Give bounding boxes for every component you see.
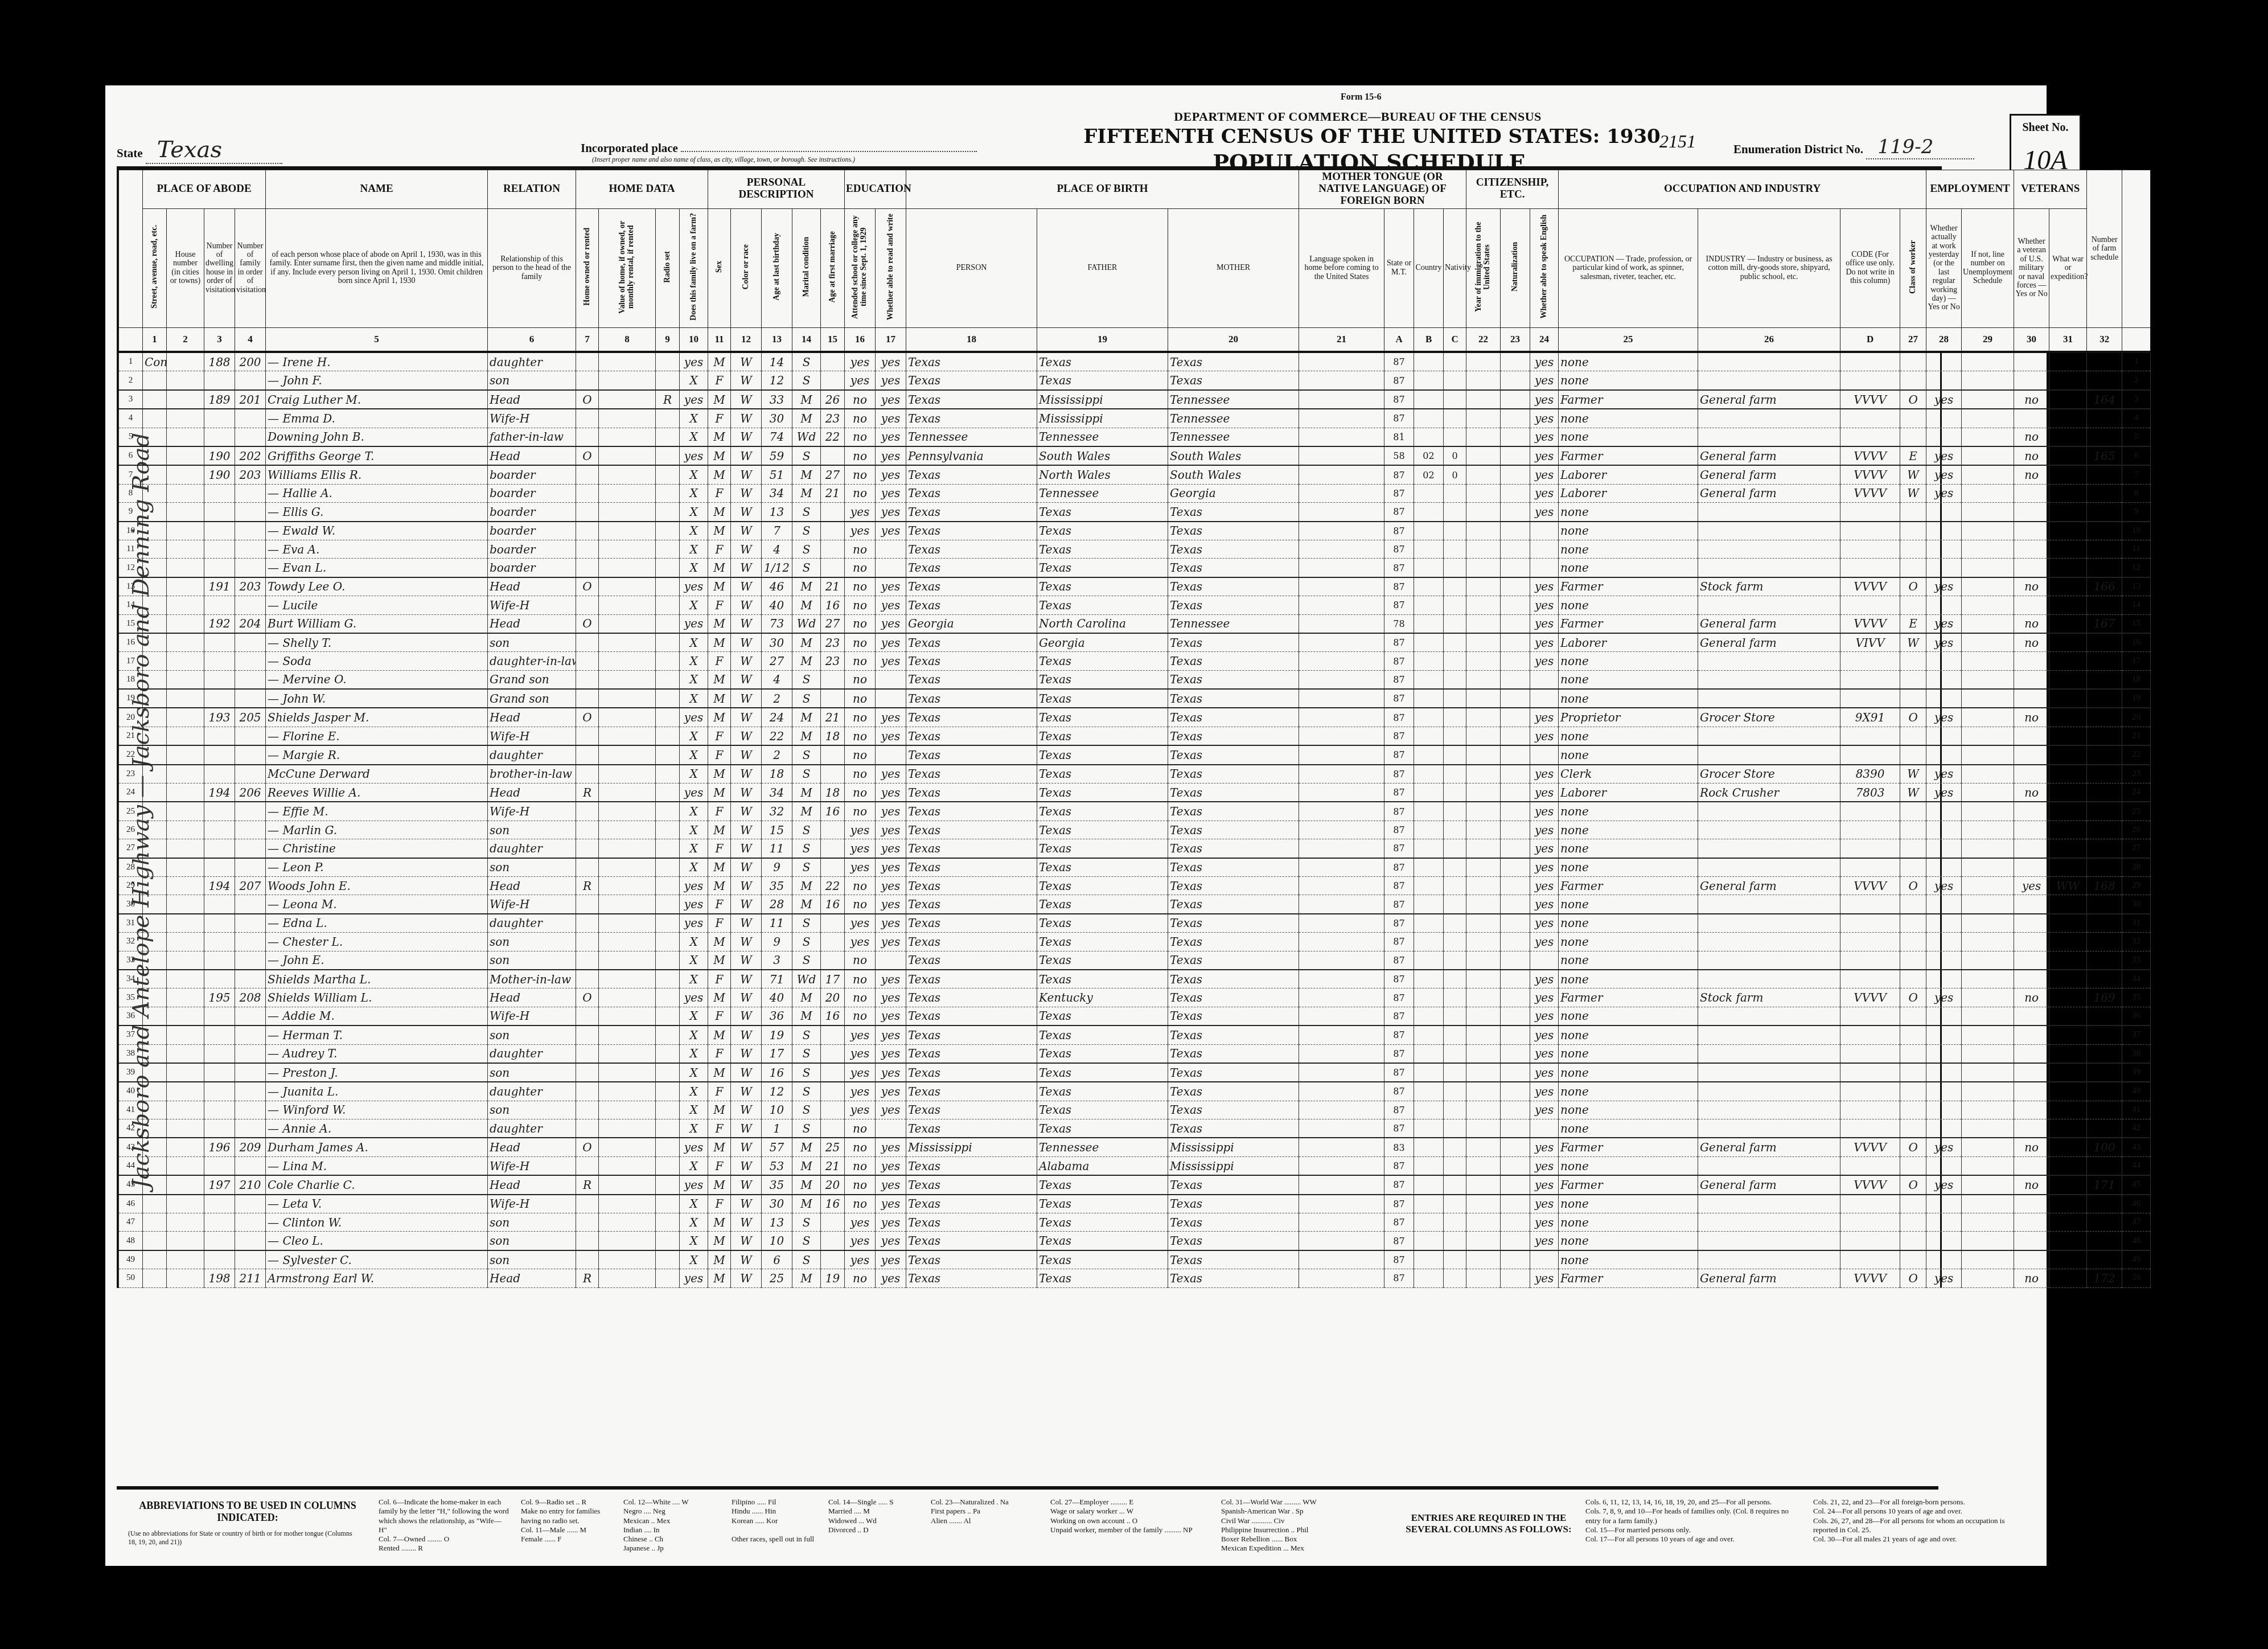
unemp xyxy=(1962,689,2014,708)
at-work: yes xyxy=(1926,465,1962,484)
imm xyxy=(1466,1156,1501,1175)
occupation: none xyxy=(1559,371,1698,390)
home-value xyxy=(599,577,656,596)
entries-required-1: Cols. 6, 11, 12, 13, 14, 16, 18, 19, 20,… xyxy=(1585,1498,1802,1544)
occupation: none xyxy=(1559,409,1698,428)
line-number: 23 xyxy=(2122,765,2151,784)
line-number: 35 xyxy=(119,988,143,1007)
occupation: none xyxy=(1559,1101,1698,1119)
code-b xyxy=(1414,352,1444,371)
family-number: 200 xyxy=(235,352,266,371)
race: W xyxy=(731,895,762,914)
occupation: Farmer xyxy=(1559,577,1698,596)
birthplace-father: Texas xyxy=(1037,1269,1168,1287)
sex: M xyxy=(708,988,731,1007)
relationship: Head xyxy=(488,784,576,802)
street xyxy=(143,1063,167,1082)
marital-status: S xyxy=(792,858,821,877)
class-of-worker: O xyxy=(1900,1269,1926,1287)
age-first-marriage: 23 xyxy=(821,409,845,428)
naturalization-col-header: Naturalization xyxy=(1501,208,1530,327)
line-number: 32 xyxy=(119,933,143,951)
age: 22 xyxy=(762,727,792,745)
table-row: 6190202Griffiths George T.HeadOyesMW59Sn… xyxy=(119,446,2151,465)
person-name: — Winford W. xyxy=(266,1101,488,1119)
birthplace-mother: Tennessee xyxy=(1168,428,1299,446)
industry xyxy=(1698,371,1840,390)
home-value xyxy=(599,1250,656,1269)
relationship: Wife-H xyxy=(488,1007,576,1026)
family-number xyxy=(235,951,266,970)
attended-school: no xyxy=(845,988,876,1007)
code-c xyxy=(1444,409,1466,428)
relationship: boarder xyxy=(488,484,576,502)
house xyxy=(167,765,204,784)
occupation-code xyxy=(1840,1044,1900,1063)
class-of-worker xyxy=(1900,371,1926,390)
house xyxy=(167,951,204,970)
unemp xyxy=(1962,559,2014,577)
code-c xyxy=(1444,745,1466,764)
age: 2 xyxy=(762,745,792,764)
attended-school: yes xyxy=(845,839,876,858)
war xyxy=(2049,914,2087,933)
speaks-english xyxy=(1530,745,1559,764)
code-c xyxy=(1444,877,1466,895)
sex: F xyxy=(708,1119,731,1138)
marital-col-header: Marital condition xyxy=(792,208,821,327)
imm xyxy=(1466,352,1501,371)
attended-school: yes xyxy=(845,1044,876,1063)
industry xyxy=(1698,596,1840,614)
family-number xyxy=(235,1232,266,1250)
sex: F xyxy=(708,1156,731,1175)
code-b: 02 xyxy=(1414,446,1444,465)
class-of-worker xyxy=(1900,652,1926,670)
column-number: 12 xyxy=(731,328,762,352)
industry: General farm xyxy=(1698,877,1840,895)
lang xyxy=(1299,895,1384,914)
person-name: — Shelly T. xyxy=(266,633,488,652)
read-write: yes xyxy=(876,727,906,745)
class-of-worker xyxy=(1900,1250,1926,1269)
street xyxy=(143,633,167,652)
home-owned-rented xyxy=(576,670,599,689)
code-c xyxy=(1444,895,1466,914)
farm-residence: X xyxy=(680,1026,708,1044)
birthplace-mother: Texas xyxy=(1168,371,1299,390)
industry xyxy=(1698,914,1840,933)
birthplace-father: Texas xyxy=(1037,708,1168,727)
code-c xyxy=(1444,1026,1466,1044)
unemp xyxy=(1962,465,2014,484)
house xyxy=(167,1232,204,1250)
line-number: 48 xyxy=(2122,1232,2151,1250)
code-a: 87 xyxy=(1384,988,1414,1007)
radio-set xyxy=(656,484,680,502)
imm xyxy=(1466,409,1501,428)
occupation-code xyxy=(1840,1156,1900,1175)
house xyxy=(167,670,204,689)
farm-residence: X xyxy=(680,727,708,745)
house xyxy=(167,446,204,465)
age: 46 xyxy=(762,577,792,596)
home-value xyxy=(599,1026,656,1044)
age: 27 xyxy=(762,652,792,670)
age: 34 xyxy=(762,784,792,802)
house xyxy=(167,1156,204,1175)
age: 14 xyxy=(762,352,792,371)
class-of-worker xyxy=(1900,596,1926,614)
birthplace-father: Texas xyxy=(1037,1232,1168,1250)
mother-birth-col-header: MOTHER xyxy=(1168,208,1299,327)
imm xyxy=(1466,839,1501,858)
birthplace-mother: Mississippi xyxy=(1168,1138,1299,1156)
table-row: 3189201Craig Luther M.HeadORyesMW33M26no… xyxy=(119,390,2151,409)
line-number: 39 xyxy=(2122,1063,2151,1082)
farm-residence: X xyxy=(680,1195,708,1213)
industry xyxy=(1698,1195,1840,1213)
lang xyxy=(1299,745,1384,764)
birthplace-father: Texas xyxy=(1037,1195,1168,1213)
speaks-english: yes xyxy=(1530,1101,1559,1119)
code-b xyxy=(1414,727,1444,745)
birthplace-mother: Texas xyxy=(1168,652,1299,670)
sex: F xyxy=(708,1007,731,1026)
birthplace-mother: Texas xyxy=(1168,1026,1299,1044)
age-first-marriage xyxy=(821,371,845,390)
occupation-code: VVVV xyxy=(1840,484,1900,502)
home-owned-rented xyxy=(576,465,599,484)
radio-set xyxy=(656,1082,680,1101)
attended-school: no xyxy=(845,895,876,914)
radio-set xyxy=(656,745,680,764)
line-number: 10 xyxy=(2122,522,2151,540)
imm xyxy=(1466,821,1501,839)
farm-residence: X xyxy=(680,1082,708,1101)
table-row: 18— Mervine O.Grand sonXMW4SnoTexasTexas… xyxy=(119,670,2151,689)
education-header: EDUCATION xyxy=(845,170,906,209)
nat xyxy=(1501,745,1530,764)
class-of-worker: W xyxy=(1900,465,1926,484)
occupation-code: 7803 xyxy=(1840,784,1900,802)
house xyxy=(167,352,204,371)
birthplace-father: Texas xyxy=(1037,1063,1168,1082)
line-number: 50 xyxy=(2122,1269,2151,1287)
street xyxy=(143,1195,167,1213)
industry: Stock farm xyxy=(1698,988,1840,1007)
lang xyxy=(1299,988,1384,1007)
code-a: 87 xyxy=(1384,727,1414,745)
dwelling-number: 190 xyxy=(204,446,235,465)
stamp-number: 2151 xyxy=(1659,131,1696,152)
birthplace-father: Texas xyxy=(1037,670,1168,689)
class-of-worker xyxy=(1900,821,1926,839)
race: W xyxy=(731,559,762,577)
home-owned-rented: O xyxy=(576,988,599,1007)
at-work: yes xyxy=(1926,988,1962,1007)
dwelling-number xyxy=(204,670,235,689)
unemp xyxy=(1962,858,2014,877)
column-number xyxy=(2122,328,2151,352)
dwelling-number xyxy=(204,1063,235,1082)
at-work xyxy=(1926,727,1962,745)
veteran: no xyxy=(2014,633,2049,652)
veterans-header: VETERANS xyxy=(2014,170,2087,209)
industry xyxy=(1698,1250,1840,1269)
farm-residence: X xyxy=(680,1044,708,1063)
person-name: Williams Ellis R. xyxy=(266,465,488,484)
birthplace-mother: Texas xyxy=(1168,970,1299,988)
veteran: no xyxy=(2014,784,2049,802)
farm-residence: yes xyxy=(680,446,708,465)
line-number: 4 xyxy=(119,409,143,428)
home-value xyxy=(599,877,656,895)
veteran xyxy=(2014,858,2049,877)
marital-status: M xyxy=(792,877,821,895)
unemp xyxy=(1962,409,2014,428)
relation-col-header: Relationship of this person to the head … xyxy=(488,208,576,327)
class-of-worker: E xyxy=(1900,614,1926,633)
attended-school: no xyxy=(845,784,876,802)
attended-school: no xyxy=(845,577,876,596)
imm xyxy=(1466,596,1501,614)
street xyxy=(143,895,167,914)
lang xyxy=(1299,652,1384,670)
birthplace-mother: Tennessee xyxy=(1168,409,1299,428)
relationship: son xyxy=(488,821,576,839)
imm xyxy=(1466,371,1501,390)
unemp xyxy=(1962,1232,2014,1250)
industry: Stock farm xyxy=(1698,577,1840,596)
owned-col-header: Home owned or rented xyxy=(576,208,599,327)
line-number: 37 xyxy=(119,1026,143,1044)
age-first-marriage: 21 xyxy=(821,577,845,596)
code-c xyxy=(1444,352,1466,371)
at-work xyxy=(1926,1063,1962,1082)
farm-schedule: 166 xyxy=(2087,577,2122,596)
marital-status: S xyxy=(792,1119,821,1138)
unemp xyxy=(1962,390,2014,409)
farm-schedule xyxy=(2087,503,2122,522)
race: W xyxy=(731,745,762,764)
war xyxy=(2049,1007,2087,1026)
occupation: none xyxy=(1559,352,1698,371)
line-number: 36 xyxy=(2122,1007,2151,1026)
line-number: 2 xyxy=(119,371,143,390)
code-a: 87 xyxy=(1384,1175,1414,1194)
table-row: 22— Margie R.daughterXFW2SnoTexasTexasTe… xyxy=(119,745,2151,764)
relationship: daughter xyxy=(488,352,576,371)
line-number: 29 xyxy=(119,877,143,895)
speaks-english: yes xyxy=(1530,1044,1559,1063)
person-name: — Annie A. xyxy=(266,1119,488,1138)
birthplace-person: Texas xyxy=(906,371,1037,390)
read-write xyxy=(876,951,906,970)
nat xyxy=(1501,1156,1530,1175)
race: W xyxy=(731,727,762,745)
code-b xyxy=(1414,1026,1444,1044)
age-first-marriage xyxy=(821,559,845,577)
column-number: 31 xyxy=(2049,328,2087,352)
birthplace-mother: Texas xyxy=(1168,503,1299,522)
read-write: yes xyxy=(876,1063,906,1082)
unemp xyxy=(1962,877,2014,895)
war xyxy=(2049,371,2087,390)
table-row: 34Shields Martha L.Mother-in-lawXFW71Wd1… xyxy=(119,970,2151,988)
family-number xyxy=(235,522,266,540)
home-value xyxy=(599,633,656,652)
birthplace-person: Texas xyxy=(906,839,1037,858)
veteran xyxy=(2014,484,2049,502)
occupation: none xyxy=(1559,821,1698,839)
occupation-code xyxy=(1840,951,1900,970)
code-a: 87 xyxy=(1384,802,1414,821)
speaks-english: yes xyxy=(1530,409,1559,428)
age-first-marriage xyxy=(821,951,845,970)
relationship: son xyxy=(488,1232,576,1250)
radio-set xyxy=(656,1026,680,1044)
column-number: 7 xyxy=(576,328,599,352)
nat xyxy=(1501,1138,1530,1156)
entries-required-title: ENTRIES ARE REQUIRED IN THE SEVERAL COLU… xyxy=(1398,1512,1580,1535)
home-data-header: HOME DATA xyxy=(576,170,708,209)
industry xyxy=(1698,428,1840,446)
industry xyxy=(1698,1101,1840,1119)
race: W xyxy=(731,1101,762,1119)
nat xyxy=(1501,1026,1530,1044)
birthplace-person: Texas xyxy=(906,914,1037,933)
street xyxy=(143,540,167,558)
house xyxy=(167,559,204,577)
farm-residence: X xyxy=(680,858,708,877)
code-c xyxy=(1444,1232,1466,1250)
farm-col-header: Does this family live on a farm? xyxy=(680,208,708,327)
line-number: 13 xyxy=(119,577,143,596)
nat xyxy=(1501,371,1530,390)
column-number: C xyxy=(1444,328,1466,352)
right-line-number-header xyxy=(2122,170,2151,328)
war xyxy=(2049,970,2087,988)
code-c xyxy=(1444,727,1466,745)
table-row: 44— Lina M.Wife-HXFW53M21noyesTexasAlaba… xyxy=(119,1156,2151,1175)
imm xyxy=(1466,1063,1501,1082)
code-c xyxy=(1444,484,1466,502)
home-value xyxy=(599,1119,656,1138)
war xyxy=(2049,1119,2087,1138)
form-number: Form 15-6 xyxy=(1341,92,1382,102)
veteran xyxy=(2014,914,2049,933)
attended-school: yes xyxy=(845,1101,876,1119)
dwelling-number xyxy=(204,503,235,522)
age: 9 xyxy=(762,858,792,877)
family-number xyxy=(235,1195,266,1213)
birthplace-mother: Texas xyxy=(1168,1063,1299,1082)
dwelling-number xyxy=(204,428,235,446)
occupation-code xyxy=(1840,559,1900,577)
attended-school: yes xyxy=(845,503,876,522)
occupation-code xyxy=(1840,1082,1900,1101)
birthplace-father: Texas xyxy=(1037,596,1168,614)
table-row: 39— Preston J.sonXMW16SyesyesTexasTexasT… xyxy=(119,1063,2151,1082)
line-number: 13 xyxy=(2122,577,2151,596)
race: W xyxy=(731,914,762,933)
line-number: 41 xyxy=(2122,1101,2151,1119)
age-first-marriage xyxy=(821,745,845,764)
column-number: 22 xyxy=(1466,328,1501,352)
occupation-code: VVVV xyxy=(1840,390,1900,409)
farm-schedule xyxy=(2087,670,2122,689)
farm-schedule xyxy=(2087,409,2122,428)
industry xyxy=(1698,670,1840,689)
relationship: Head xyxy=(488,577,576,596)
age: 25 xyxy=(762,1269,792,1287)
birthplace-person: Texas xyxy=(906,652,1037,670)
birthplace-father: Tennessee xyxy=(1037,428,1168,446)
column-number: 19 xyxy=(1037,328,1168,352)
code-a: 87 xyxy=(1384,465,1414,484)
birthplace-father: Texas xyxy=(1037,877,1168,895)
nat xyxy=(1501,1250,1530,1269)
sex: F xyxy=(708,802,731,821)
class-of-worker xyxy=(1900,839,1926,858)
birthplace-mother: Texas xyxy=(1168,1007,1299,1026)
column-number: 32 xyxy=(2087,328,2122,352)
war xyxy=(2049,522,2087,540)
war xyxy=(2049,689,2087,708)
speaks-english xyxy=(1530,540,1559,558)
age: 2 xyxy=(762,689,792,708)
dwelling-number xyxy=(204,371,235,390)
class-of-worker xyxy=(1900,745,1926,764)
age-first-marriage xyxy=(821,1250,845,1269)
farm-schedule xyxy=(2087,1156,2122,1175)
marital-status: Wd xyxy=(792,614,821,633)
imm xyxy=(1466,1269,1501,1287)
column-number: 13 xyxy=(762,328,792,352)
house xyxy=(167,614,204,633)
age: 19 xyxy=(762,1026,792,1044)
age: 1 xyxy=(762,1119,792,1138)
line-number: 1 xyxy=(2122,352,2151,371)
farm-residence: X xyxy=(680,1101,708,1119)
unemp xyxy=(1962,1101,2014,1119)
class-of-worker xyxy=(1900,858,1926,877)
person-name: — Lucile xyxy=(266,596,488,614)
veteran xyxy=(2014,352,2049,371)
dwelling-number: 198 xyxy=(204,1269,235,1287)
family-col-header: Number of family in order of visitation xyxy=(235,208,266,327)
war xyxy=(2049,540,2087,558)
industry xyxy=(1698,503,1840,522)
at-work xyxy=(1926,1026,1962,1044)
code-a: 87 xyxy=(1384,577,1414,596)
relationship: Wife-H xyxy=(488,802,576,821)
sex: F xyxy=(708,540,731,558)
read-write: yes xyxy=(876,1156,906,1175)
dwelling-number xyxy=(204,1156,235,1175)
farm-schedule: 167 xyxy=(2087,614,2122,633)
age: 11 xyxy=(762,914,792,933)
speaks-english: yes xyxy=(1530,371,1559,390)
home-value xyxy=(599,821,656,839)
code-c xyxy=(1444,670,1466,689)
age-first-marriage xyxy=(821,503,845,522)
farm-schedule xyxy=(2087,689,2122,708)
person-name: Burt William G. xyxy=(266,614,488,633)
table-row: 46— Leta V.Wife-HXFW30M16noyesTexasTexas… xyxy=(119,1195,2151,1213)
table-row: 49— Sylvester C.sonXMW6SyesyesTexasTexas… xyxy=(119,1250,2151,1269)
